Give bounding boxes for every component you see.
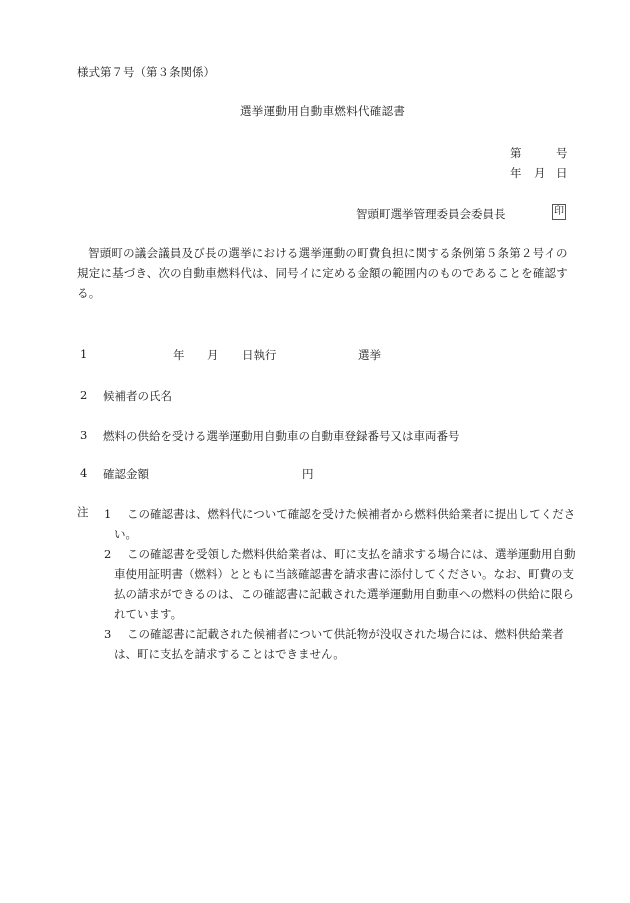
item-number: 4 [80, 466, 87, 480]
issuer-name: 智頭町選挙管理委員会委員長 [356, 206, 506, 222]
election-day-label: 日執行 [242, 347, 277, 363]
note-text: この確認書に記載された候補者について供託物が没収された場合には、燃料供給業者は、… [104, 624, 577, 664]
election-year-label: 年 [173, 347, 185, 363]
amount-unit: 円 [302, 466, 314, 482]
issue-date-year: 年 [510, 165, 522, 181]
election-type-label: 選挙 [358, 347, 381, 363]
note-item: 1 この確認書は、燃料代について確認を受けた候補者から燃料供給業者に提出してくだ… [104, 504, 577, 544]
form-number: 様式第７号（第３条関係） [77, 64, 215, 80]
issue-number-suffix: 号 [556, 145, 568, 161]
item-number: 1 [80, 347, 87, 361]
note-text: この確認書は、燃料代について確認を受けた候補者から燃料供給業者に提出してください… [104, 504, 577, 544]
seal-mark: 印 [552, 204, 566, 220]
note-text: この確認書を受領した燃料供給業者は、町に支払を請求する場合には、選挙運動用自動車… [104, 544, 577, 624]
confirmation-statement: 智頭町の議会議員及び長の選挙における選挙運動の町費負担に関する条例第５条第２号イ… [77, 243, 577, 303]
note-item: 2 この確認書を受領した燃料供給業者は、町に支払を請求する場合には、選挙運動用自… [104, 544, 577, 624]
document-title: 選挙運動用自動車燃料代確認書 [240, 103, 405, 119]
issue-number: 第 号 [510, 145, 522, 161]
note-number: 1 [104, 504, 111, 524]
issue-date-month: 月 [534, 165, 546, 181]
item-number: 3 [80, 428, 87, 442]
item-label: 燃料の供給を受ける選挙運動用自動車の自動車登録番号又は車両番号 [103, 428, 460, 444]
note-number: 3 [104, 624, 111, 644]
item-label: 候補者の氏名 [103, 388, 172, 404]
note-number: 2 [104, 544, 111, 564]
election-month-label: 月 [207, 347, 219, 363]
item-number: 2 [80, 388, 87, 402]
item-label: 確認金額 [103, 466, 149, 482]
issue-number-prefix: 第 [510, 146, 522, 160]
issue-date-day: 日 [556, 165, 568, 181]
notes-heading: 注 [77, 504, 89, 520]
note-item: 3 この確認書に記載された候補者について供託物が没収された場合には、燃料供給業者… [104, 624, 577, 664]
